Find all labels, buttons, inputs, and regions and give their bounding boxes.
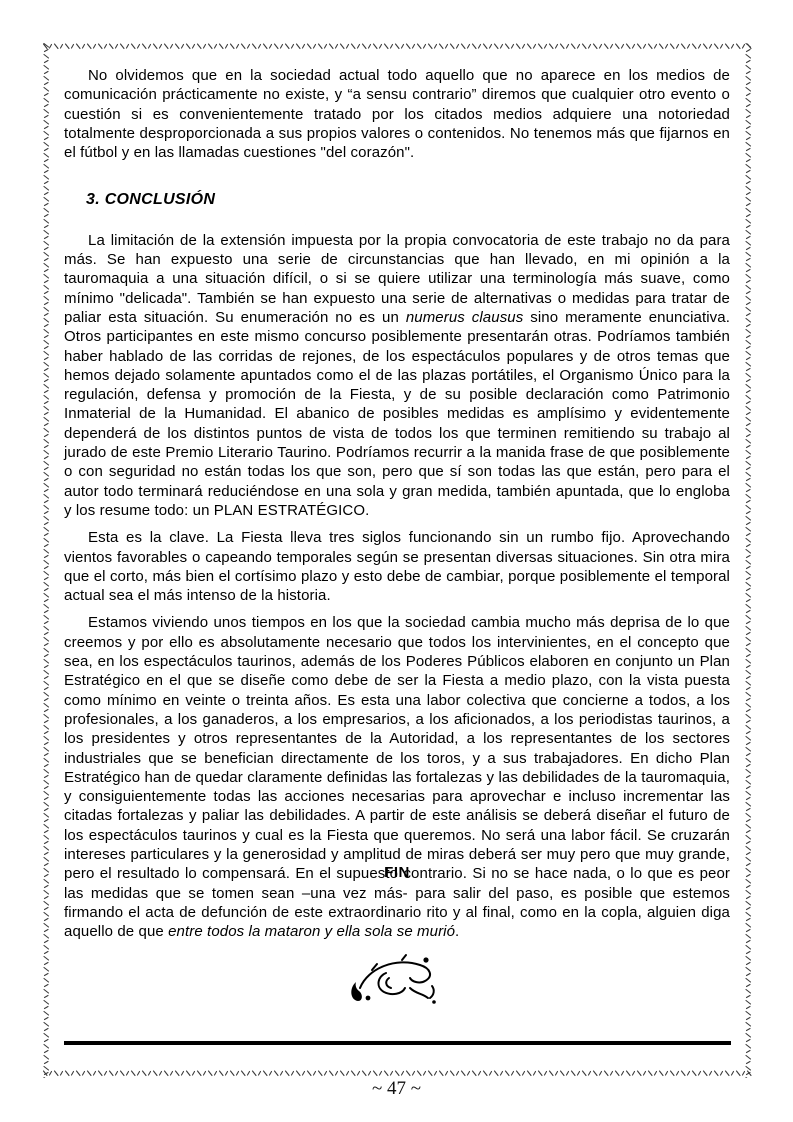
decorative-border-right-icon — [744, 42, 753, 1078]
footer-rule — [64, 1041, 731, 1045]
page-number: ~ 47 ~ — [0, 1078, 793, 1100]
decorative-border-top-icon — [42, 42, 752, 51]
decorative-border-bottom-icon — [42, 1069, 752, 1078]
paragraph: La limitación de la extensión impuesta p… — [64, 231, 730, 520]
bull-sketch-icon — [342, 948, 454, 1008]
document-page: No olvidemos que en la sociedad actual t… — [0, 0, 793, 1122]
fin-label: FIN — [64, 864, 730, 881]
document-body: No olvidemos que en la sociedad actual t… — [64, 66, 730, 949]
section-heading: 3. CONCLUSIÓN — [86, 190, 730, 209]
decorative-border-left-icon — [42, 42, 51, 1078]
paragraph: Estamos viviendo unos tiempos en los que… — [64, 613, 730, 941]
paragraph: Esta es la clave. La Fiesta lleva tres s… — [64, 528, 730, 605]
paragraph: No olvidemos que en la sociedad actual t… — [64, 66, 730, 162]
